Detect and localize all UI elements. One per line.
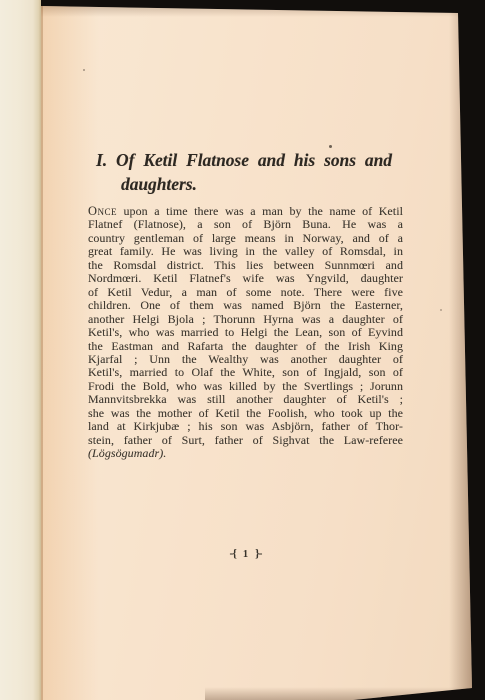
body-line-text: upon a time there was a man by the name … [123, 204, 403, 218]
body-paragraph: Once upon a time there was a man by the … [88, 205, 403, 461]
book-page: I. Of Ketil Flatnose and his sons and da… [41, 0, 473, 700]
body-line: Ketil's, who was married to Helgi the Le… [88, 326, 403, 339]
paper-speck [83, 69, 85, 71]
page-crease-line [41, 0, 43, 700]
body-line: Kjarfal ; Unn the Wealthy was another da… [88, 353, 403, 366]
body-line: children. One of them was named Björn th… [88, 299, 403, 312]
body-line: Ketil's, married to Olaf the White, son … [88, 366, 403, 379]
page-top-shadow [41, 0, 473, 17]
page-bottom-shadow [205, 687, 473, 700]
chapter-heading-line-1: I. Of Ketil Flatnose and his sons and [96, 149, 392, 173]
folio-ornament-left: -{ [230, 548, 236, 560]
body-line: stein, father of Surt, father of Sighvat… [88, 434, 403, 447]
body-line: great family. He was living in the valle… [88, 245, 403, 258]
page-right-shadow [449, 0, 473, 700]
body-line: the Eastman and Rafarta the daughter of … [88, 340, 403, 353]
body-line: Nordmœri. Ketil Flatnef's wife was Yngvi… [88, 272, 403, 285]
body-line-last: (Lögsögumadr). [88, 447, 403, 460]
body-line: Flatnef (Flatnose), a son of Björn Buna.… [88, 218, 403, 231]
chapter-heading: I. Of Ketil Flatnose and his sons and da… [96, 149, 392, 196]
body-line: she was the mother of Ketil the Foolish,… [88, 407, 403, 420]
book-photo: I. Of Ketil Flatnose and his sons and da… [0, 0, 485, 700]
page-number-folio: -{1}- [88, 544, 403, 562]
body-line: the Romsdal district. This lies between … [88, 259, 403, 272]
left-page-edge [0, 0, 41, 700]
body-line: another Helgi Bjola ; Thorunn Hyrna was … [88, 313, 403, 326]
body-line: Mannvitsbrekka was still another daughte… [88, 393, 403, 406]
body-line: land at Kirkjubæ ; his son was Asbjörn, … [88, 420, 403, 433]
page-number: 1 [236, 549, 255, 560]
lead-word: Once [88, 204, 117, 218]
body-line: of Ketil Vedur, a man of some note. Ther… [88, 286, 403, 299]
folio-ornament-right: }- [255, 548, 261, 560]
paper-speck [329, 145, 332, 148]
body-line: Once upon a time there was a man by the … [88, 205, 403, 218]
body-line: country gentleman of large means in Norw… [88, 232, 403, 245]
body-line: Frodi the Bold, who was killed by the Sv… [88, 380, 403, 393]
chapter-heading-line-2: daughters. [96, 173, 392, 197]
paper-speck [440, 309, 442, 311]
